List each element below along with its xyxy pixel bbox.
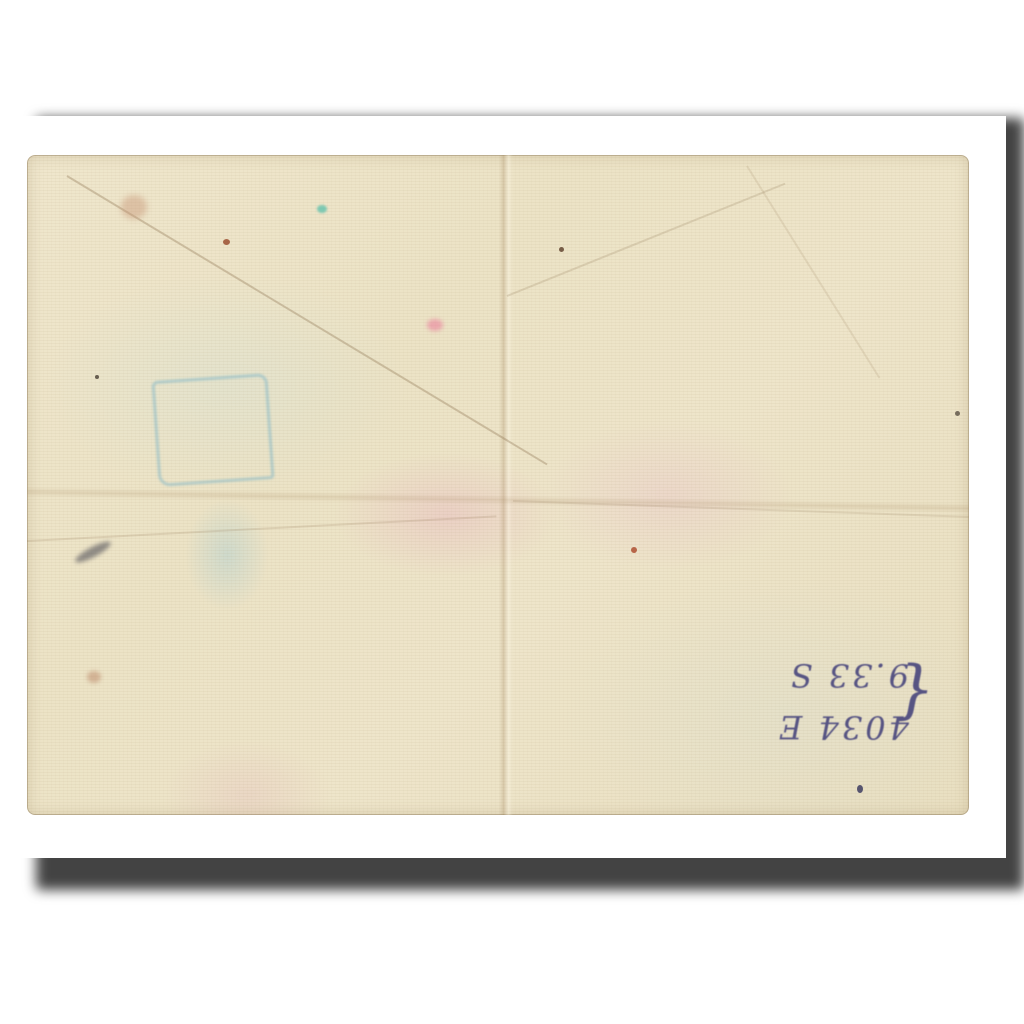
handwritten-line-2: 9.33 S bbox=[699, 649, 909, 701]
teal-spot bbox=[317, 205, 327, 213]
brown-spot bbox=[223, 239, 230, 245]
brown-spot bbox=[559, 247, 564, 252]
brown-stain bbox=[121, 195, 147, 219]
handwritten-bracket: { bbox=[894, 639, 935, 749]
faded-blue-stamp bbox=[151, 373, 274, 487]
vertical-fold bbox=[499, 155, 513, 815]
ink-spot bbox=[857, 785, 863, 793]
dark-spot bbox=[955, 411, 960, 416]
brown-spot bbox=[631, 547, 637, 553]
dark-spot bbox=[95, 375, 99, 379]
handwritten-line-1: 4034 E bbox=[699, 701, 909, 753]
pink-spot bbox=[427, 319, 443, 331]
brown-stain bbox=[87, 671, 101, 683]
banknote-reverse: { 4034 E 9.33 S bbox=[27, 155, 969, 815]
handwritten-notation: { 4034 E 9.33 S bbox=[699, 623, 909, 753]
